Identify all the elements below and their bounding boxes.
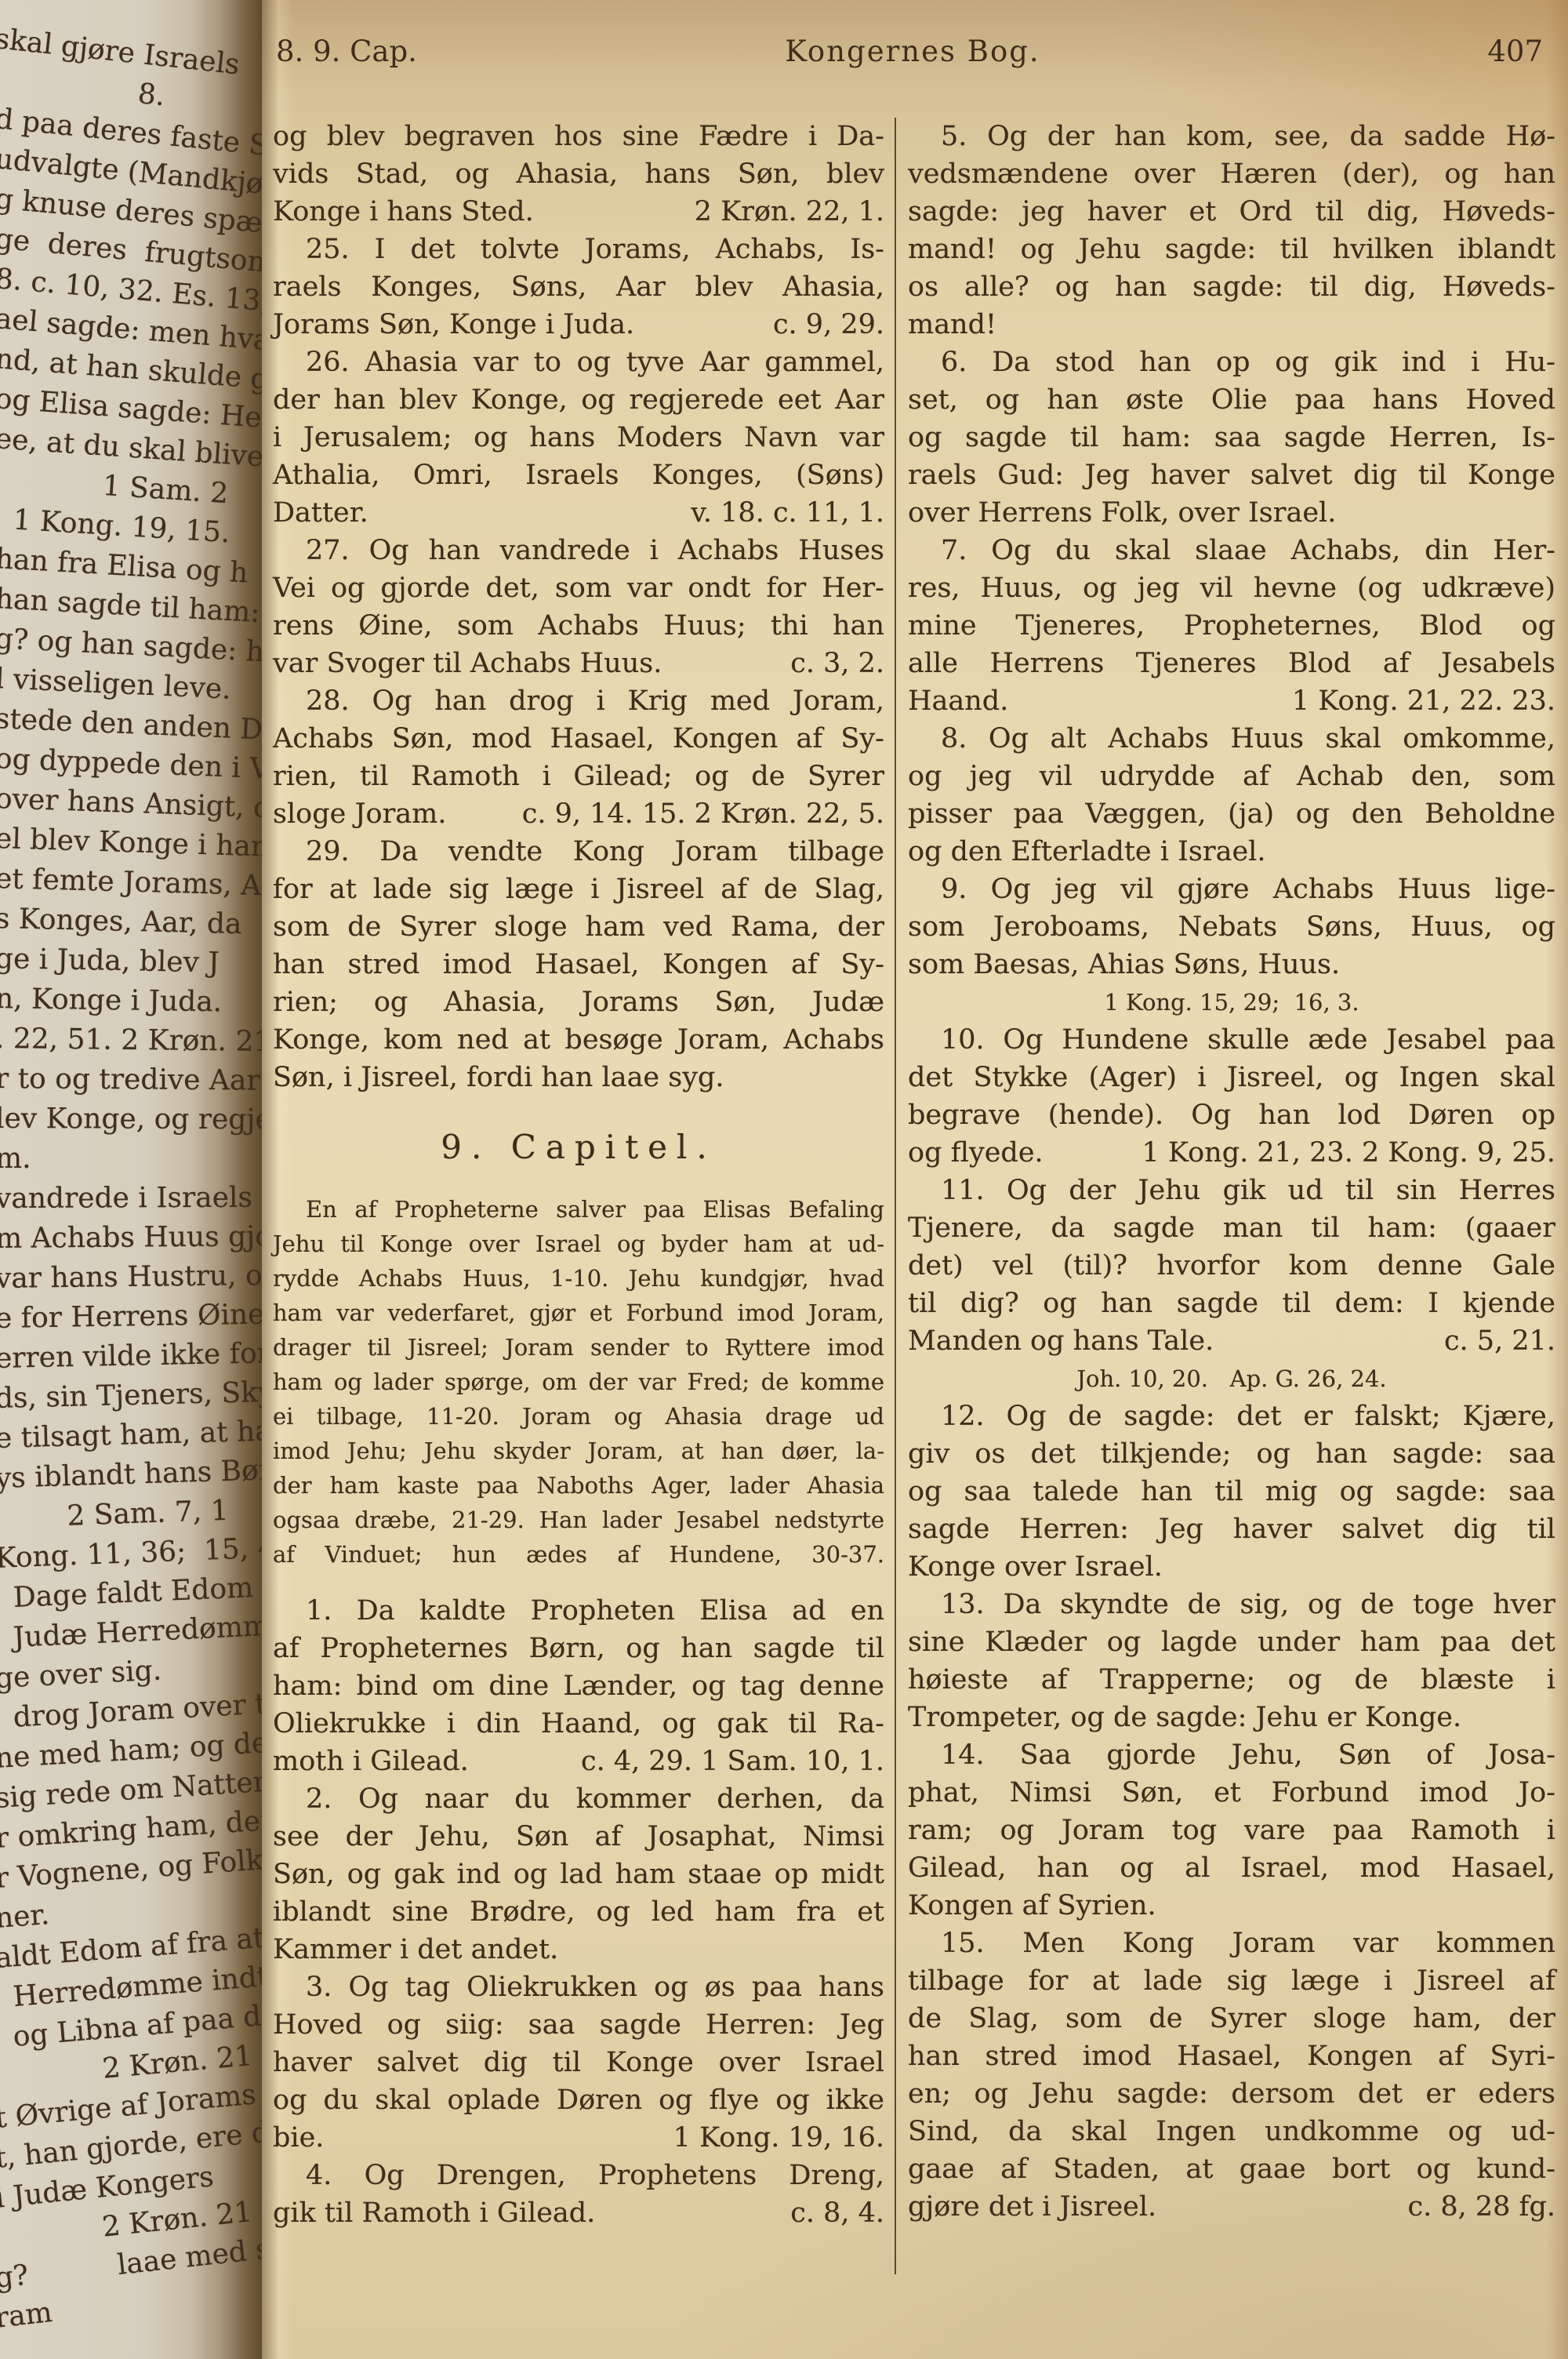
verse-paragraph: 3. Og tag Oliekrukken og øs paa hansHove… <box>273 1968 884 2157</box>
summary-line: drager til Jisreel; Joram sender to Rytt… <box>273 1330 884 1365</box>
verse-line: det) vel (til)? hvorfor kom denne Gale <box>908 1247 1555 1285</box>
page-edge-fragment: ge i Juda, blev J <box>0 939 262 985</box>
verse-paragraph: 4. Og Drengen, Prophetens Dreng,gik til … <box>273 2157 884 2232</box>
verse-paragraph: 6. Da stod han op og gik ind i Hu-set, o… <box>908 343 1555 532</box>
verse-paragraph: 15. Men Kong Joram var kommentilbage for… <box>908 1925 1555 2226</box>
scripture-ref: 1 Kong. 19, 16. <box>662 2119 884 2157</box>
verse-line: og flyede.1 Kong. 21, 23. 2 Kong. 9, 25. <box>908 1134 1555 1172</box>
verse-line: alle Herrens Tjeneres Blod af Jesabels <box>908 645 1555 682</box>
verse-line-text: Kammer i det andet. <box>273 1931 558 1968</box>
verse-paragraph: 12. Og de sagde: det er falskt; Kjære,gi… <box>908 1398 1555 1586</box>
verse-line-text: var Svoger til Achabs Huus. <box>273 645 662 682</box>
verse-line: rien, til Ramoth i Gilead; og de Syrer <box>273 758 884 795</box>
verse-paragraph: 8. Og alt Achabs Huus skal omkomme,og je… <box>908 720 1555 871</box>
verse-line: Sind, da skal Ingen undkomme og ud- <box>908 2113 1555 2150</box>
summary-line: ogsaa dræbe, 21-29. Han lader Jesabel ne… <box>273 1503 884 1537</box>
scripture-ref: v. 18. c. 11, 1. <box>680 494 884 532</box>
verse-line-text: sloge Joram. <box>273 795 446 833</box>
scripture-ref: 1 Kong. 21, 23. 2 Kong. 9, 25. <box>1131 1134 1556 1172</box>
verse-line: 15. Men Kong Joram var kommen <box>908 1925 1555 1962</box>
verse-line: mine Tjeneres, Propheternes, Blod og <box>908 607 1555 645</box>
verse-line: Gilead, han og al Israel, mod Hasael, <box>908 1849 1555 1887</box>
verse-paragraph: 5. Og der han kom, see, da sadde Hø-veds… <box>908 118 1555 343</box>
verse-line: af Propheternes Børn, og han sagde til <box>273 1630 884 1667</box>
verse-line: bie.1 Kong. 19, 16. <box>273 2119 884 2157</box>
verse-line: han stred imod Hasael, Kongen af Sy- <box>273 946 884 983</box>
verse-line: høieste af Trapperne; og de blæste i <box>908 1661 1555 1699</box>
verse-line: over Herrens Folk, over Israel. <box>908 494 1555 532</box>
page-edge-fragment: vandrede i Israels <box>0 1177 262 1219</box>
verse-line: 10. Og Hundene skulle æde Jesabel paa <box>908 1021 1555 1059</box>
verse-line: 7. Og du skal slaae Achabs, din Her- <box>908 532 1555 569</box>
page-edge-fragment: m. <box>0 1139 262 1179</box>
verse-line: sagde: jeg haver et Ord til dig, Høveds- <box>908 193 1555 231</box>
verse-line: 14. Saa gjorde Jehu, Søn of Josa- <box>908 1736 1555 1774</box>
verse-line: rien; og Ahasia, Jorams Søn, Judæ <box>273 983 884 1021</box>
verse-line: 28. Og han drog i Krig med Joram, <box>273 682 884 720</box>
verse-line: for at lade sig læge i Jisreel af de Sla… <box>273 871 884 908</box>
verse-line-text: og flyede. <box>908 1134 1044 1172</box>
verse-line: som de Syrer sloge ham ved Rama, der <box>273 908 884 946</box>
summary-line: En af Propheterne salver paa Elisas Befa… <box>273 1192 884 1227</box>
verse-line: Søn, og gak ind og lad ham staae op midt <box>273 1856 884 1893</box>
verse-line: 4. Og Drengen, Prophetens Dreng, <box>273 2157 884 2194</box>
verse-line: gik til Ramoth i Gilead.c. 8, 4. <box>273 2194 884 2232</box>
verse-line: res, Huus, og jeg vil hevne (og udkræve) <box>908 569 1555 607</box>
right-column: 5. Og der han kom, see, da sadde Hø-veds… <box>908 118 1555 2226</box>
left-column: og blev begraven hos sine Fædre i Da-vid… <box>273 118 884 2232</box>
verse-line: os alle? og han sagde: til dig, Høveds- <box>908 268 1555 306</box>
scripture-ref: c. 8, 28 fg. <box>1396 2188 1555 2226</box>
verse-paragraph: 7. Og du skal slaae Achabs, din Her-res,… <box>908 532 1555 720</box>
verse-line: ham: bind om dine Lænder, og tag denne <box>273 1667 884 1705</box>
verse-paragraph: og blev begraven hos sine Fædre i Da-vid… <box>273 118 884 231</box>
verse-line: Kongen af Syrien. <box>908 1887 1555 1925</box>
verse-line: det Stykke (Ager) i Jisreel, og Ingen sk… <box>908 1059 1555 1096</box>
verse-line: raels Konges, Søns, Aar blev Ahasia, <box>273 268 884 306</box>
page-edge-fragment: n, Konge i Juda. <box>0 979 262 1024</box>
verse-paragraph: 1. Da kaldte Propheten Elisa ad enaf Pro… <box>273 1592 884 1780</box>
verse-line: giv os det tilkjende; og han sagde: saa <box>908 1435 1555 1473</box>
verse-line: og saa talede han til mig og sagde: saa <box>908 1473 1555 1510</box>
verse-paragraph: 14. Saa gjorde Jehu, Søn of Josa-phat, N… <box>908 1736 1555 1925</box>
book-title: Kongernes Bog. <box>276 35 1549 68</box>
verse-line: 6. Da stod han op og gik ind i Hu- <box>908 343 1555 381</box>
verse-line: phat, Nimsi Søn, et Forbund imod Jo- <box>908 1774 1555 1812</box>
page-edge-fragment: r to og tredive Aar <box>0 1059 262 1101</box>
summary-line: Jehu til Konge over Israel og byder ham … <box>273 1227 884 1261</box>
verse-line: ram; og Joram tog vare paa Ramoth i <box>908 1812 1555 1849</box>
verse-line: Haand.1 Kong. 21, 22. 23. <box>908 682 1555 720</box>
verse-line: 5. Og der han kom, see, da sadde Hø- <box>908 118 1555 155</box>
verse-line: Søn, i Jisreel, fordi han laae syg. <box>273 1059 884 1096</box>
verse-line: Oliekrukke i din Haand, og gak til Ra- <box>273 1705 884 1743</box>
page-edge-fragment: erren vilde ikke ford <box>0 1332 262 1379</box>
verse-paragraph: 26. Ahasia var to og tyve Aar gammel,der… <box>273 343 884 532</box>
verse-line: som Baesas, Ahias Søns, Huus. <box>908 946 1555 983</box>
verse-line: Jorams Søn, Konge i Juda.c. 9, 29. <box>273 306 884 343</box>
verse-line: 2. Og naar du kommer derhen, da <box>273 1780 884 1818</box>
verse-line-text: moth i Gilead. <box>273 1743 469 1780</box>
verse-line: var Svoger til Achabs Huus.c. 3, 2. <box>273 645 884 682</box>
verse-line: gjøre det i Jisreel.c. 8, 28 fg. <box>908 2188 1555 2226</box>
verse-line: vedsmændene over Hæren (der), og han <box>908 155 1555 193</box>
verse-line: Tjenere, da sagde man til ham: (gaaer <box>908 1209 1555 1247</box>
verse-line: raels Gud: Jeg haver salvet dig til Kong… <box>908 456 1555 494</box>
verse-line-text: og den Efterladte i Israel. <box>908 833 1266 871</box>
centered-ref: Joh. 10, 20. Ap. G. 26, 24. <box>908 1360 1555 1398</box>
verse-line: 12. Og de sagde: det er falskt; Kjære, <box>908 1398 1555 1435</box>
verse-paragraph: 25. I det tolvte Jorams, Achabs, Is-rael… <box>273 231 884 343</box>
verse-line: 29. Da vendte Kong Joram tilbage <box>273 833 884 871</box>
verse-line: og den Efterladte i Israel. <box>908 833 1555 871</box>
summary-line: ei tilbage, 11-20. Joram og Ahasia drage… <box>273 1399 884 1434</box>
scripture-ref: 2 Krøn. 22, 1. <box>684 193 884 231</box>
verse-line: 1. Da kaldte Propheten Elisa ad en <box>273 1592 884 1630</box>
verse-line: tilbage for at lade sig læge i Jisreel a… <box>908 1962 1555 2000</box>
verse-paragraph: 11. Og der Jehu gik ud til sin HerresTje… <box>908 1172 1555 1360</box>
verse-line: Manden og hans Tale.c. 5, 21. <box>908 1322 1555 1360</box>
verse-line: moth i Gilead.c. 4, 29. 1 Sam. 10, 1. <box>273 1743 884 1780</box>
verse-line: og sagde til ham: saa sagde Herren, Is- <box>908 419 1555 456</box>
verse-line: 26. Ahasia var to og tyve Aar gammel, <box>273 343 884 381</box>
page-edge-fragment: lev Konge, og regjerede <box>0 1099 262 1140</box>
scripture-ref: 1 Kong. 21, 22. 23. <box>1281 682 1555 720</box>
verse-line-text: Jorams Søn, Konge i Juda. <box>273 306 634 343</box>
verse-line: haver salvet dig til Konge over Israel <box>273 2044 884 2081</box>
verse-line: 25. I det tolvte Jorams, Achabs, Is- <box>273 231 884 268</box>
verse-line-text: bie. <box>273 2119 324 2157</box>
chapter-summary: En af Propheterne salver paa Elisas Befa… <box>273 1192 884 1572</box>
page-edge-fragment: e for Herrens Øine. c. l <box>0 1293 262 1339</box>
verse-line: 13. Da skyndte de sig, og de toge hver <box>908 1586 1555 1623</box>
verse-line-text: Datter. <box>273 494 368 532</box>
verse-line: pisser paa Væggen, (ja) og den Beholdne <box>908 795 1555 833</box>
verse-paragraph: 13. Da skyndte de sig, og de toge hversi… <box>908 1586 1555 1736</box>
verse-line: Kammer i det andet. <box>273 1931 884 1968</box>
verse-line: Athalia, Omri, Israels Konges, (Søns) <box>273 456 884 494</box>
verse-paragraph: 27. Og han vandrede i Achabs HusesVei og… <box>273 532 884 682</box>
scripture-ref: c. 5, 21. <box>1433 1322 1555 1360</box>
scripture-ref: c. 9, 14. 15. 2 Krøn. 22, 5. <box>511 795 884 833</box>
verse-line: Vei og gjorde det, som var ondt for Her- <box>273 569 884 607</box>
scripture-ref: c. 8, 4. <box>779 2194 884 2232</box>
page-number: 407 <box>1487 35 1543 68</box>
verse-line-text: gjøre det i Jisreel. <box>908 2188 1156 2226</box>
verse-line: 8. Og alt Achabs Huus skal omkomme, <box>908 720 1555 758</box>
verse-line: rens Øine, som Achabs Huus; thi han <box>273 607 884 645</box>
scripture-ref: c. 3, 2. <box>779 645 884 682</box>
verse-line: sloge Joram.c. 9, 14. 15. 2 Krøn. 22, 5. <box>273 795 884 833</box>
verse-line-text: som Baesas, Ahias Søns, Huus. <box>908 946 1340 983</box>
prev-page-strip: skal gjøre Israels 8.d paa deres faste S… <box>0 0 262 2359</box>
verse-line: Achabs Søn, mod Hasael, Kongen af Sy- <box>273 720 884 758</box>
verse-line-text: gik til Ramoth i Gilead. <box>273 2194 595 2232</box>
verse-line: og du skal oplade Døren og flye og ikke <box>273 2081 884 2119</box>
verse-line: og blev begraven hos sine Fædre i Da- <box>273 118 884 155</box>
summary-line: af Vinduet; hun ædes af Hundene, 30-37. <box>273 1537 884 1572</box>
verse-paragraph: 2. Og naar du kommer derhen, dasee der J… <box>273 1780 884 1968</box>
verse-line: der han blev Konge, og regjerede eet Aar <box>273 381 884 419</box>
page-edge-fragment: ds, sin Tjeners, Skyld <box>0 1371 262 1419</box>
verse-line-text: Konge i hans Sted. <box>273 193 534 231</box>
verse-line: set, og han øste Olie paa hans Hoved <box>908 381 1555 419</box>
verse-line-text: over Herrens Folk, over Israel. <box>908 494 1336 532</box>
verse-line-text: Trompeter, og de sagde: Jehu er Konge. <box>908 1699 1461 1736</box>
verse-line: sagde Herren: Jeg haver salvet dig til <box>908 1510 1555 1548</box>
prev-page-strip-text: skal gjøre Israels 8.d paa deres faste S… <box>0 19 262 2339</box>
verse-line: en; og Jehu sagde: dersom det er eders <box>908 2075 1555 2113</box>
page-edge-fragment: . 22, 51. 2 Krøn. 21, 1. <box>0 1019 262 1063</box>
verse-line: Konge, kom ned at besøge Joram, Achabs <box>273 1021 884 1059</box>
summary-line: der ham kaste paa Naboths Ager, lader Ah… <box>273 1468 884 1503</box>
chapter-heading: 9. Capitel. <box>273 1125 884 1170</box>
verse-paragraph: 10. Og Hundene skulle æde Jesabel paadet… <box>908 1021 1555 1172</box>
verse-line: som Jeroboams, Nebats Søns, Huus, og <box>908 908 1555 946</box>
verse-line: iblandt sine Brødre, og led ham fra et <box>273 1893 884 1931</box>
summary-line: imod Jehu; Jehu skyder Joram, at han døe… <box>273 1434 884 1468</box>
verse-line-text: Søn, i Jisreel, fordi han laae syg. <box>273 1059 724 1096</box>
verse-line-text: Haand. <box>908 682 1008 720</box>
verse-paragraph: 9. Og jeg vil gjøre Achabs Huus lige-som… <box>908 871 1555 983</box>
verse-line: 27. Og han vandrede i Achabs Huses <box>273 532 884 569</box>
scripture-ref: c. 9, 29. <box>762 306 884 343</box>
verse-line-text: mand! <box>908 306 996 343</box>
verse-line: de Slag, som de Syrer sloge ham, der <box>908 2000 1555 2037</box>
verse-line: og jeg vil udrydde af Achab den, som <box>908 758 1555 795</box>
verse-line: mand! <box>908 306 1555 343</box>
verse-line: vids Stad, og Ahasia, hans Søn, blev <box>273 155 884 193</box>
verse-line: sine Klæder og lagde under ham paa det <box>908 1623 1555 1661</box>
page-edge-fragment: var hans Hustru, og <box>0 1255 262 1299</box>
verse-line: 11. Og der Jehu gik ud til sin Herres <box>908 1172 1555 1209</box>
verse-paragraph: 28. Og han drog i Krig med Joram,Achabs … <box>273 682 884 833</box>
verse-line: Trompeter, og de sagde: Jehu er Konge. <box>908 1699 1555 1736</box>
verse-line: mand! og Jehu sagde: til hvilken iblandt <box>908 231 1555 268</box>
page-header: 8. 9. Cap. Kongernes Bog. 407 <box>276 35 1549 82</box>
verse-line: begrave (hende). Og han lod Døren op <box>908 1096 1555 1134</box>
verse-line: Konge over Israel. <box>908 1548 1555 1586</box>
verse-line: gaae af Staden, at gaae bort og kund- <box>908 2150 1555 2188</box>
verse-line: til dig? og han sagde til dem: I kjende <box>908 1285 1555 1322</box>
scripture-ref: c. 4, 29. 1 Sam. 10, 1. <box>570 1743 884 1780</box>
verse-line: see der Jehu, Søn af Josaphat, Nimsi <box>273 1818 884 1856</box>
verse-line-text: Kongen af Syrien. <box>908 1887 1156 1925</box>
centered-ref: 1 Kong. 15, 29; 16, 3. <box>908 983 1555 1021</box>
column-divider <box>895 118 896 2274</box>
verse-line-text: Manden og hans Tale. <box>908 1322 1214 1360</box>
verse-line-text: Konge over Israel. <box>908 1548 1163 1586</box>
book-page-scan: skal gjøre Israels 8.d paa deres faste S… <box>0 0 1568 2359</box>
verse-paragraph: 29. Da vendte Kong Joram tilbagefor at l… <box>273 833 884 1096</box>
summary-line: rydde Achabs Huus, 1-10. Jehu kundgjør, … <box>273 1261 884 1296</box>
verse-line: 9. Og jeg vil gjøre Achabs Huus lige- <box>908 871 1555 908</box>
verse-line: i Jerusalem; og hans Moders Navn var <box>273 419 884 456</box>
page-edge-fragment: m Achabs Huus gjord <box>0 1216 262 1259</box>
summary-line: ham var vederfaret, gjør et Forbund imod… <box>273 1296 884 1330</box>
verse-line: han stred imod Hasael, Kongen af Syri- <box>908 2037 1555 2075</box>
verse-line: Datter.v. 18. c. 11, 1. <box>273 494 884 532</box>
verse-line: Hoved og siig: saa sagde Herren: Jeg <box>273 2006 884 2044</box>
summary-line: ham og lader spørge, om der var Fred; de… <box>273 1365 884 1399</box>
verse-line: Konge i hans Sted.2 Krøn. 22, 1. <box>273 193 884 231</box>
verse-line: 3. Og tag Oliekrukken og øs paa hans <box>273 1968 884 2006</box>
